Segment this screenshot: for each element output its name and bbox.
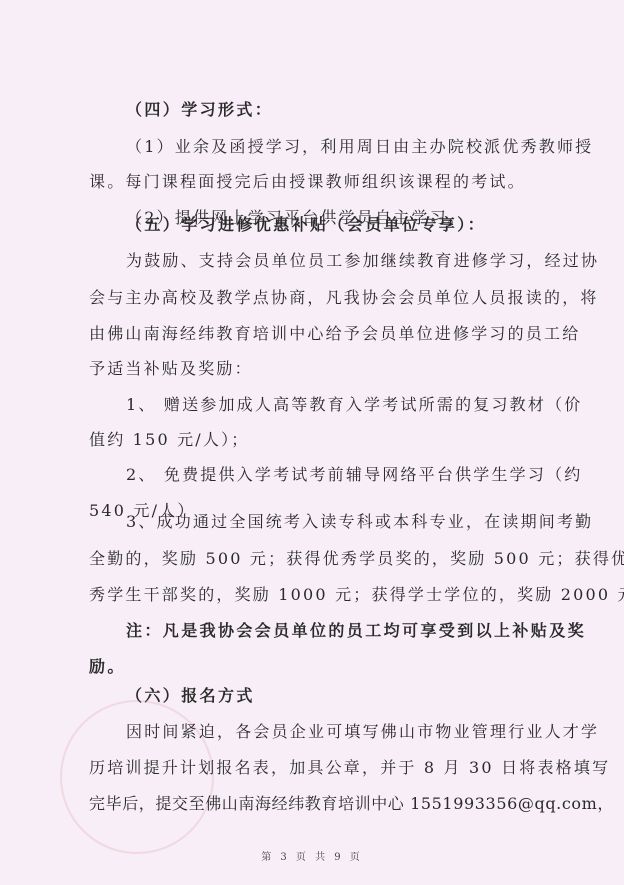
- section-heading-5: （五）学习进修优惠补贴（会员单位专享）：: [126, 214, 531, 236]
- document-page: （四）学习形式： （1）业余及函授学习，利用周日由主办院校派优秀教师授 课。每门…: [0, 0, 624, 885]
- paragraph-line: 由佛山南海经纬教育培训中心给予会员单位进修学习的员工给: [89, 323, 531, 345]
- list-item-1-cont: 值约 150 元/人）；: [89, 429, 531, 451]
- paragraph-line: 予适当补贴及奖励：: [89, 358, 531, 380]
- paragraph-line: 历培训提升计划报名表，加具公章，并于 8 月 30 日将表格填写: [89, 757, 531, 779]
- paragraph-line: （1）业余及函授学习，利用周日由主办院校派优秀教师授: [126, 136, 531, 158]
- paragraph-line: 课。每门课程面授完后由授课教师组织该课程的考试。: [89, 171, 531, 193]
- paragraph-line: 因时间紧迫，各会员企业可填写佛山市物业管理行业人才学: [126, 721, 531, 743]
- list-item-1: 1、 赠送参加成人高等教育入学考试所需的复习教材（价: [126, 394, 531, 416]
- page-number-footer: 第 3 页 共 9 页: [0, 848, 624, 863]
- note-line-cont: 励。: [89, 656, 531, 678]
- paragraph-line-email: 完毕后，提交至佛山南海经纬教育培训中心 1551993356@qq.com，: [89, 793, 531, 815]
- list-item-3-cont: 全勤的，奖励 500 元；获得优秀学员奖的，奖励 500 元；获得优: [89, 548, 531, 570]
- section-heading-6: （六）报名方式: [126, 685, 531, 707]
- note-line: 注：凡是我协会会员单位的员工均可享受到以上补贴及奖: [126, 620, 531, 642]
- paragraph-line: 会与主办高校及教学点协商，凡我协会会员单位人员报读的，将: [89, 287, 531, 309]
- list-item-3: 3、成功通过全国统考入读专科或本科专业，在读期间考勤: [126, 511, 531, 533]
- list-item-2: 2、 免费提供入学考试考前辅导网络平台供学生学习（约: [126, 464, 531, 486]
- list-item-3-cont: 秀学生干部奖的，奖励 1000 元；获得学士学位的，奖励 2000 元。: [89, 584, 531, 606]
- paragraph-line: 为鼓励、支持会员单位员工参加继续教育进修学习，经过协: [126, 250, 531, 272]
- section-heading-4: （四）学习形式：: [126, 99, 531, 121]
